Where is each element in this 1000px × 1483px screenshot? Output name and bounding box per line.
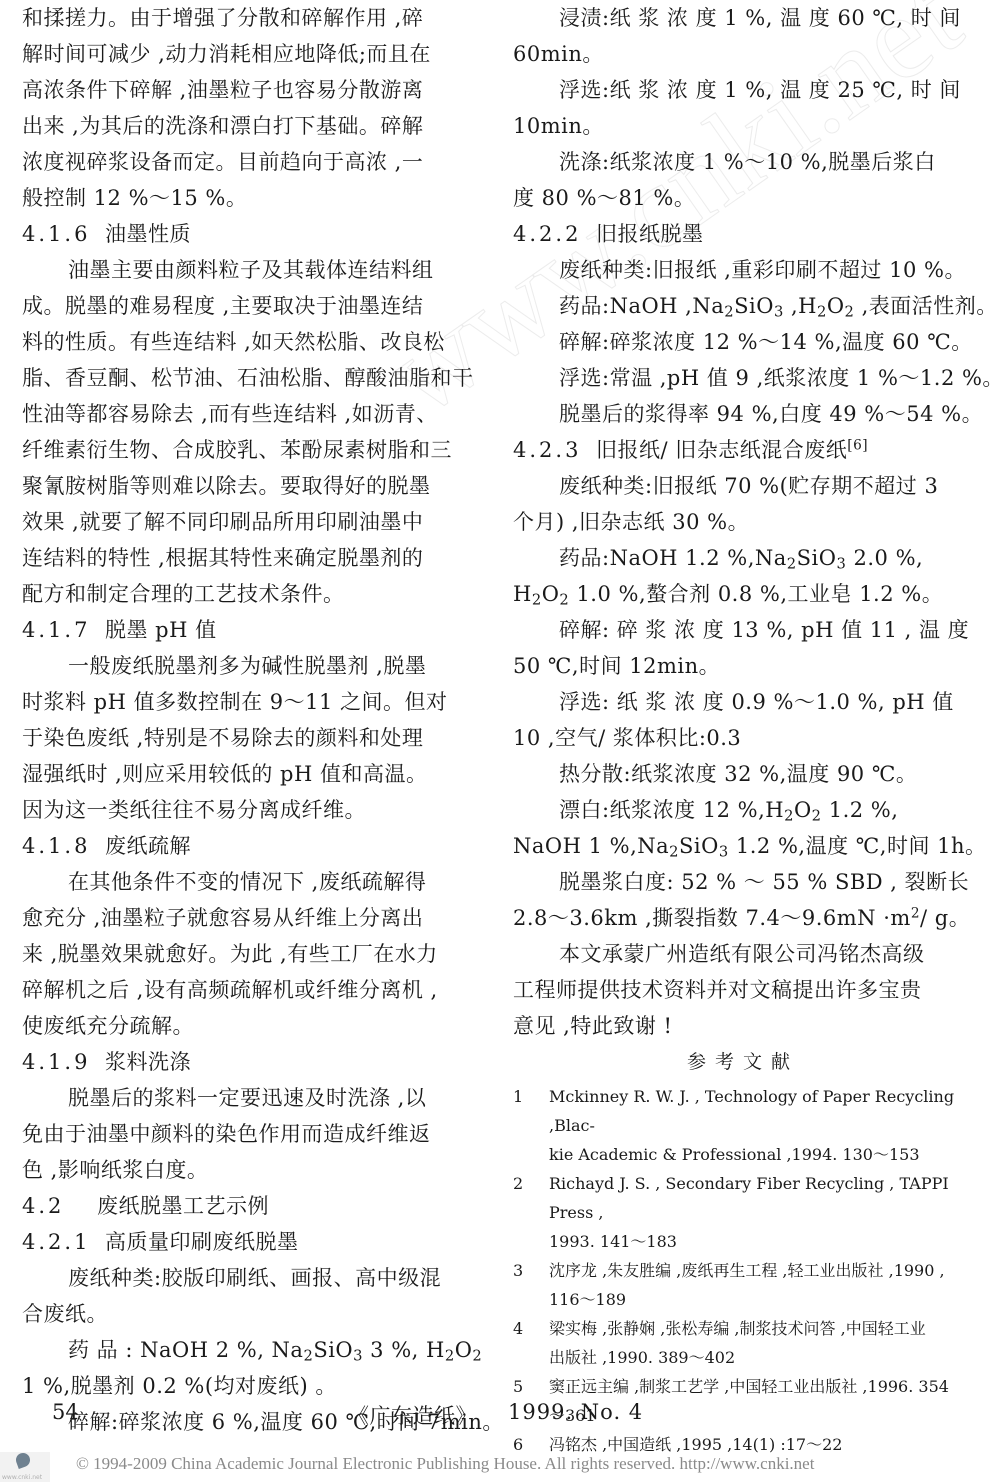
page-number: 54 <box>52 1400 79 1424</box>
text: SiO <box>679 834 719 858</box>
text-line: 碎解:碎浆浓度 12 %～14 %,温度 60 ℃。 <box>513 324 963 360</box>
text: 药品:NaOH ,Na <box>559 294 724 318</box>
paragraph-pulping-concentration: 和揉搓力。由于增强了分散和碎解作用 ,碎 解时间可减少 ,动力消耗相应地降低;而… <box>22 0 472 216</box>
paragraph-deinking-ph: 一般废纸脱墨剂多为碱性脱墨剂 ,脱墨 时浆料 pH 值多数控制在 9～11 之间… <box>22 648 472 828</box>
text-line: 废纸种类:旧报纸 ,重彩印刷不超过 10 %。 <box>513 252 963 288</box>
cnki-mark-icon <box>14 1451 32 1469</box>
section-title: 旧报纸/ 旧杂志纸混合废纸 <box>596 438 847 462</box>
section-heading-4-1-7: 4.1.7脱墨 pH 值 <box>22 612 472 648</box>
text: SiO <box>313 1338 353 1362</box>
text-line: 湿强纸时 ,则应采用较低的 pH 值和高温。 <box>22 756 472 792</box>
subscript: 3 <box>836 556 846 573</box>
tear-index-line: 2.8～3.6km ,撕裂指数 7.4～9.6mN ·m2/ g。 <box>513 900 963 936</box>
text-line: 出来 ,为其后的洗涤和漂白打下基础。碎解 <box>22 108 472 144</box>
chemicals-line: H2O2 1.0 %,螯合剂 0.8 %,工业皂 1.2 %。 <box>513 576 963 612</box>
superscript: 2 <box>911 906 920 922</box>
subscript: 2 <box>812 808 822 825</box>
text: O <box>794 798 812 822</box>
text: 药品:NaOH 1.2 %,Na <box>559 546 787 570</box>
text: ,表面活性剂。 <box>854 294 997 318</box>
reference-item: 1Mckinney R. W. J. , Technology of Paper… <box>513 1082 963 1169</box>
text: 2.0 %, <box>846 546 923 570</box>
section-number: 4.2.3 <box>513 432 596 468</box>
reference-item: 2Richayd J. S. , Secondary Fiber Recycli… <box>513 1169 963 1256</box>
section-title: 废纸疏解 <box>105 834 191 858</box>
text-line: 浓度视碎浆设备而定。目前趋向于高浓 ,一 <box>22 144 472 180</box>
text-line: 使废纸充分疏解。 <box>22 1008 472 1044</box>
text: SiO <box>734 294 774 318</box>
paragraph-ink-properties: 油墨主要由颜料粒子及其载体连结料组 成。脱墨的难易程度 ,主要取决于油墨连结 料… <box>22 252 472 612</box>
text-line: 碎解机之后 ,设有高频疏解机或纤维分离机 , <box>22 972 472 1008</box>
reference-number: 1 <box>513 1082 549 1169</box>
subscript: 2 <box>669 844 679 861</box>
text-line: 愈充分 ,油墨粒子就愈容易从纤维上分离出 <box>22 900 472 936</box>
journal-issue: 1999. No. 4 <box>508 1400 643 1424</box>
section-heading-4-1-8: 4.1.8废纸疏解 <box>22 828 472 864</box>
section-number: 4.2 <box>22 1188 97 1224</box>
text: O <box>455 1338 473 1362</box>
text-line: 油墨主要由颜料粒子及其载体连结料组 <box>22 252 472 288</box>
text: H <box>513 582 532 606</box>
section-number: 4.1.6 <box>22 216 105 252</box>
text-line: 于染色废纸 ,特别是不易除去的颜料和处理 <box>22 720 472 756</box>
text-line: 合废纸。 <box>22 1296 472 1332</box>
text-line: 浮选:常温 ,pH 值 9 ,纸浆浓度 1 %～1.2 %。 <box>513 360 963 396</box>
text-line: 来 ,脱墨效果就愈好。为此 ,有些工厂在水力 <box>22 936 472 972</box>
chemicals-line: 药 品 : NaOH 2 %, Na2SiO3 3 %, H2O2 <box>22 1332 472 1368</box>
text-line: 意见 ,特此致谢 ! <box>513 1008 963 1044</box>
section-title: 油墨性质 <box>105 222 191 246</box>
section-title: 废纸脱墨工艺示例 <box>97 1194 269 1218</box>
text-line: 热分散:纸浆浓度 32 %,温度 90 ℃。 <box>513 756 963 792</box>
text-line: 脱墨后的浆料一定要迅速及时洗涤 ,以 <box>22 1080 472 1116</box>
text: O <box>827 294 845 318</box>
text: O <box>542 582 560 606</box>
subscript: 3 <box>719 844 729 861</box>
text-line: 10min。 <box>513 108 963 144</box>
text-line: 一般废纸脱墨剂多为碱性脱墨剂 ,脱墨 <box>22 648 472 684</box>
section-number: 4.1.7 <box>22 612 105 648</box>
acknowledgement: 本文承蒙广州造纸有限公司冯铭杰高级 工程师提供技术资料并对文稿提出许多宝贵 意见… <box>513 936 963 1044</box>
subscript: 2 <box>724 304 734 321</box>
text-line: 免由于油墨中颜料的染色作用而造成纤维返 <box>22 1116 472 1152</box>
reference-text: 梁实梅 ,张静娴 ,张松寿编 ,制浆技术问答 ,中国轻工业 出版社 ,1990.… <box>549 1314 963 1372</box>
text-line: 洗涤:纸浆浓度 1 %～10 %,脱墨后浆白 <box>513 144 963 180</box>
reference-number: 4 <box>513 1314 549 1372</box>
section-heading-4-2-1: 4.2.1高质量印刷废纸脱墨 <box>22 1224 472 1260</box>
section-title: 旧报纸脱墨 <box>596 222 704 246</box>
text: 1.2 %,温度 ℃,时间 1h。 <box>729 834 987 858</box>
journal-name: 《广东造纸》 <box>348 1400 477 1430</box>
reference-text: Richayd J. S. , Secondary Fiber Recyclin… <box>549 1169 963 1256</box>
text-line: 个月) ,旧杂志纸 30 %。 <box>513 504 963 540</box>
cnki-logo-text: www.cnki.net <box>2 1474 42 1481</box>
text-line: 脱墨浆白度: 52 % ～ 55 % SBD , 裂断长 <box>513 864 963 900</box>
reference-number: 3 <box>513 1256 549 1314</box>
text: 3 %, H <box>363 1338 445 1362</box>
subscript: 3 <box>774 304 784 321</box>
text: 2.8～3.6km ,撕裂指数 7.4～9.6mN ·m <box>513 906 911 930</box>
section-number: 4.1.8 <box>22 828 105 864</box>
text-line: 连结料的特性 ,根据其特性来确定脱墨剂的 <box>22 540 472 576</box>
reference-number: 2 <box>513 1169 549 1256</box>
section-title: 高质量印刷废纸脱墨 <box>105 1230 299 1254</box>
text-line: 成。脱墨的难易程度 ,主要取决于油墨连结 <box>22 288 472 324</box>
text-line: 1 %,脱墨剂 0.2 %(均对废纸) 。 <box>22 1368 472 1404</box>
text-line: 性油等都容易除去 ,而有些连结料 ,如沥青、 <box>22 396 472 432</box>
text-line: 废纸种类:胶版印刷纸、画报、高中级混 <box>22 1260 472 1296</box>
section-heading-4-2: 4.2废纸脱墨工艺示例 <box>22 1188 472 1224</box>
cnki-logo-icon: www.cnki.net <box>0 1452 50 1482</box>
text: NaOH 2 %, Na <box>140 1338 303 1362</box>
text-line: 在其他条件不变的情况下 ,废纸疏解得 <box>22 864 472 900</box>
section-title: 脱墨 pH 值 <box>105 618 217 642</box>
section-heading-4-2-3: 4.2.3旧报纸/ 旧杂志纸混合废纸[6] <box>513 432 963 468</box>
text-line: 浮选:纸 浆 浓 度 1 %, 温 度 25 ℃, 时 间 <box>513 72 963 108</box>
subscript: 2 <box>559 592 569 609</box>
subscript: 3 <box>353 1348 363 1365</box>
section-title: 浆料洗涤 <box>105 1050 191 1074</box>
text-line: 解时间可减少 ,动力消耗相应地降低;而且在 <box>22 36 472 72</box>
reference-item: 3沈序龙 ,朱友胜编 ,废纸再生工程 ,轻工业出版社 ,1990 , 116～1… <box>513 1256 963 1314</box>
right-column: 浸渍:纸 浆 浓 度 1 %, 温 度 60 ℃, 时 间 60min。 浮选:… <box>513 0 963 1459</box>
text: 药 品 : <box>68 1338 140 1362</box>
text-line: 废纸种类:旧报纸 70 %(贮存期不超过 3 <box>513 468 963 504</box>
text-line: 效果 ,就要了解不同印刷品所用印刷油墨中 <box>22 504 472 540</box>
text-line: 60min。 <box>513 36 963 72</box>
reference-text: Mckinney R. W. J. , Technology of Paper … <box>549 1082 963 1169</box>
text-line: 浸渍:纸 浆 浓 度 1 %, 温 度 60 ℃, 时 间 <box>513 0 963 36</box>
text-line: 和揉搓力。由于增强了分散和碎解作用 ,碎 <box>22 0 472 36</box>
text-line: 时浆料 pH 值多数控制在 9～11 之间。但对 <box>22 684 472 720</box>
text: ,H <box>784 294 817 318</box>
text-line: 配方和制定合理的工艺技术条件。 <box>22 576 472 612</box>
subscript: 2 <box>817 304 827 321</box>
copyright-bar: www.cnki.net © 1994-2009 China Academic … <box>0 1448 1000 1483</box>
bleaching-line: 漂白:纸浆浓度 12 %,H2O2 1.2 %, <box>513 792 963 828</box>
reference-text: 沈序龙 ,朱友胜编 ,废纸再生工程 ,轻工业出版社 ,1990 , 116～18… <box>549 1256 963 1314</box>
text-line: 工程师提供技术资料并对文稿提出许多宝贵 <box>513 972 963 1008</box>
text-line: 色 ,影响纸浆白度。 <box>22 1152 472 1188</box>
text-line: 般控制 12 %～15 %。 <box>22 180 472 216</box>
chemicals-line: 药品:NaOH ,Na2SiO3 ,H2O2 ,表面活性剂。 <box>513 288 963 324</box>
section-heading-4-1-6: 4.1.6油墨性质 <box>22 216 472 252</box>
text-line: 碎解: 碎 浆 浓 度 13 %, pH 值 11 , 温 度 <box>513 612 963 648</box>
subscript: 2 <box>784 808 794 825</box>
bleaching-line: NaOH 1 %,Na2SiO3 1.2 %,温度 ℃,时间 1h。 <box>513 828 963 864</box>
references-title: 参考文献 <box>513 1044 963 1080</box>
subscript: 2 <box>445 1348 455 1365</box>
subscript: 2 <box>787 556 797 573</box>
text: 1.2 %, <box>822 798 899 822</box>
text-line: 脂、香豆酮、松节油、石油松脂、醇酸油脂和干 <box>22 360 472 396</box>
text-line: 度 80 %～81 %。 <box>513 180 963 216</box>
section-heading-4-2-2: 4.2.2旧报纸脱墨 <box>513 216 963 252</box>
section-heading-4-1-9: 4.1.9浆料洗涤 <box>22 1044 472 1080</box>
paragraph-pulp-washing: 脱墨后的浆料一定要迅速及时洗涤 ,以 免由于油墨中颜料的染色作用而造成纤维返 色… <box>22 1080 472 1188</box>
text-line: 纤维素衍生物、合成胶乳、苯酚尿素树脂和三 <box>22 432 472 468</box>
left-column: 和揉搓力。由于增强了分散和碎解作用 ,碎 解时间可减少 ,动力消耗相应地降低;而… <box>22 0 472 1440</box>
text: SiO <box>797 546 837 570</box>
text: 1.0 %,螯合剂 0.8 %,工业皂 1.2 %。 <box>569 582 943 606</box>
text-line: 10 ,空气/ 浆体积比:0.3 <box>513 720 963 756</box>
copyright-notice: © 1994-2009 China Academic Journal Elect… <box>76 1454 814 1474</box>
text: / g。 <box>920 906 970 930</box>
reference-item: 4梁实梅 ,张静娴 ,张松寿编 ,制浆技术问答 ,中国轻工业 出版社 ,1990… <box>513 1314 963 1372</box>
text-line: 因为这一类纸往往不易分离成纤维。 <box>22 792 472 828</box>
subscript: 2 <box>303 1348 313 1365</box>
subscript: 2 <box>845 304 855 321</box>
section-number: 4.2.2 <box>513 216 596 252</box>
text-line: 50 ℃,时间 12min。 <box>513 648 963 684</box>
text-line: 料的性质。有些连结料 ,如天然松脂、改良松 <box>22 324 472 360</box>
subscript: 2 <box>532 592 542 609</box>
section-number: 4.2.1 <box>22 1224 105 1260</box>
subscript: 2 <box>472 1348 482 1365</box>
text: NaOH 1 %,Na <box>513 834 669 858</box>
text-line: 聚氰胺树脂等则难以除去。要取得好的脱墨 <box>22 468 472 504</box>
paragraph-defibering: 在其他条件不变的情况下 ,废纸疏解得 愈充分 ,油墨粒子就愈容易从纤维上分离出 … <box>22 864 472 1044</box>
citation-link[interactable]: [6] <box>847 438 868 454</box>
text-line: 高浓条件下碎解 ,油墨粒子也容易分散游离 <box>22 72 472 108</box>
text-line: 浮选: 纸 浆 浓 度 0.9 %～1.0 %, pH 值 <box>513 684 963 720</box>
chemicals-line: 药品:NaOH 1.2 %,Na2SiO3 2.0 %, <box>513 540 963 576</box>
text-line: 本文承蒙广州造纸有限公司冯铭杰高级 <box>513 936 963 972</box>
text: 漂白:纸浆浓度 12 %,H <box>559 798 784 822</box>
section-number: 4.1.9 <box>22 1044 105 1080</box>
text-line: 脱墨后的浆得率 94 %,白度 49 %～54 %。 <box>513 396 963 432</box>
